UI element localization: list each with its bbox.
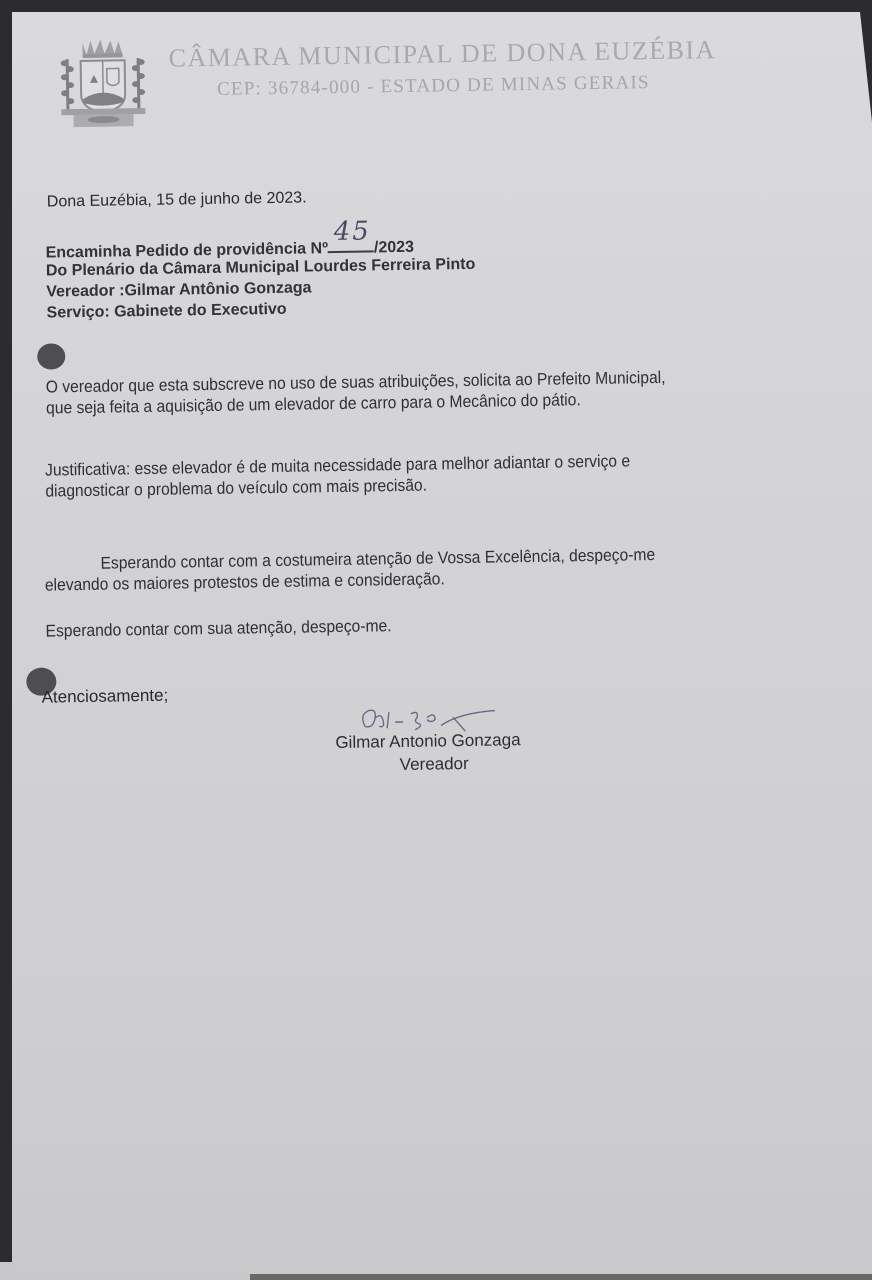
service-line: Serviço: Gabinete do Executivo <box>46 301 286 323</box>
salutation: Atenciosamente; <box>41 686 168 708</box>
letterhead-title: CÂMARA MUNICIPAL DE DONA EUZÉBIA <box>168 35 716 74</box>
closing-short: Esperando contar com sua atenção, despeç… <box>45 616 391 641</box>
document-content: CÂMARA MUNICIPAL DE DONA EUZÉBIA CEP: 36… <box>0 0 872 1280</box>
handwritten-request-number: 45 <box>333 216 371 247</box>
letterhead-subtitle: CEP: 36784-000 - ESTADO DE MINAS GERAIS <box>217 72 650 101</box>
coat-of-arms-icon <box>56 36 149 129</box>
councilor-line: Vereador :Gilmar Antônio Gonzaga <box>46 279 311 301</box>
date-line: Dona Euzébia, 15 de junho de 2023. <box>47 189 307 211</box>
request-number-field: 45 <box>328 236 374 253</box>
request-title-suffix: /2023 <box>374 239 414 257</box>
signatory-role: Vereador <box>400 754 469 775</box>
letterhead: CÂMARA MUNICIPAL DE DONA EUZÉBIA CEP: 36… <box>56 26 777 137</box>
photo-scene: CÂMARA MUNICIPAL DE DONA EUZÉBIA CEP: 36… <box>0 0 872 1280</box>
signatory-name: Gilmar Antonio Gonzaga <box>335 730 521 753</box>
punch-hole-top <box>37 343 65 369</box>
